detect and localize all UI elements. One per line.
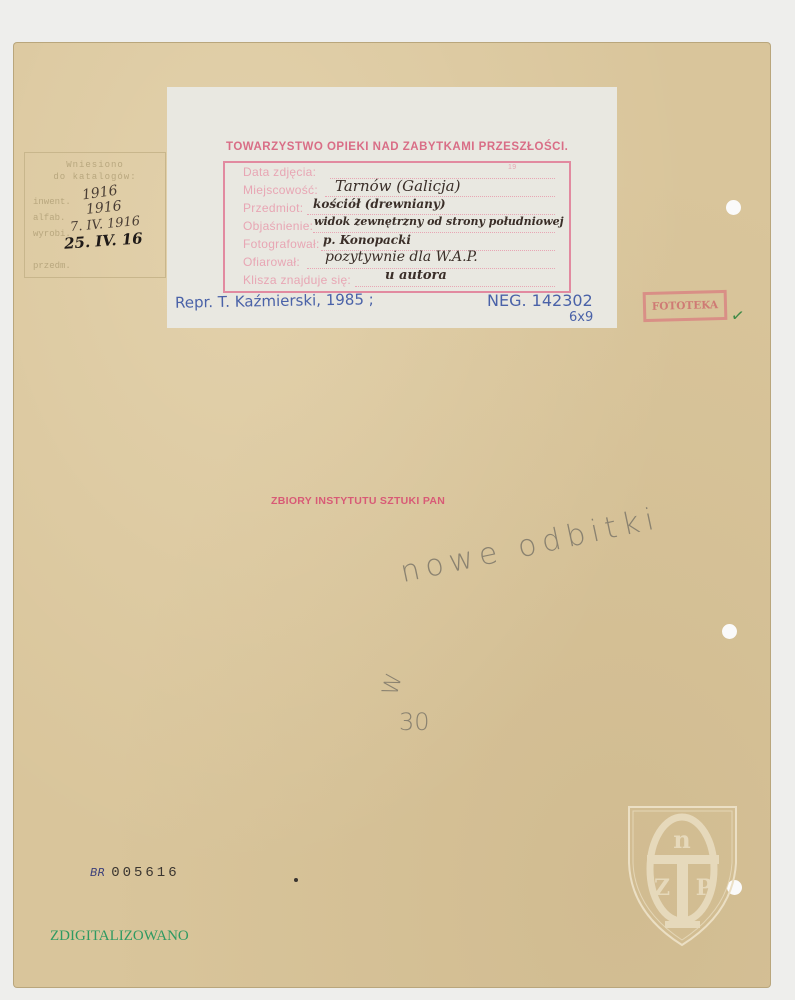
collection-stamp: ZBIORY INSTYTUTU SZTUKI PAN (271, 495, 445, 507)
photo-label-card: TOWARZYSTWO OPIEKI NAD ZABYTKAMI PRZESZŁ… (167, 87, 617, 328)
reproduction-note: Repr. T. Kaźmierski, 1985 ; (175, 290, 374, 311)
svg-text:n: n (673, 825, 690, 854)
field-label-subject: Przedmiot: (243, 201, 303, 215)
field-date-suffix: 19 (508, 164, 516, 171)
field-value-subject: kościół (drewniany) (313, 197, 446, 211)
field-value-donor: pozytywnie dla W.A.P. (325, 249, 478, 265)
field-value-location: Tarnów (Galicja) (335, 177, 460, 195)
field-label-photographer: Fotografował: (243, 237, 320, 251)
society-title-stamp: TOWARZYSTWO OPIEKI NAD ZABYTKAMI PRZESZŁ… (226, 141, 568, 153)
fototeka-stamp: FOTOTEKA (643, 290, 728, 322)
catalog-stamp-subheader: do katalogów: (25, 171, 165, 183)
society-emblem-icon: n Z P (625, 803, 740, 948)
field-label-date: Data zdjęcia: (243, 165, 316, 179)
inventory-digits: 005616 (111, 865, 179, 881)
catalog-row-alfab: alfab. (33, 213, 65, 223)
checkmark-icon: ✓ (730, 305, 746, 327)
field-label-negative-location: Klisza znajduje się: (243, 273, 351, 287)
inventory-prefix: BR (90, 866, 105, 879)
svg-text:Z: Z (654, 875, 670, 901)
catalog-row-przedm: przedm. (33, 261, 71, 271)
field-value-negative-location: u autora (385, 268, 447, 283)
negative-format: 6x9 (569, 310, 593, 325)
field-value-description: widok zewnętrzny od strony południowej (314, 215, 564, 228)
ink-dot (294, 878, 298, 882)
negative-number: NEG. 142302 (487, 291, 593, 310)
digitized-stamp: ZDIGITALIZOWANO (50, 928, 189, 945)
field-label-location: Miejscowość: (243, 183, 318, 197)
svg-text:P: P (696, 875, 713, 901)
field-value-photographer: p. Konopacki (323, 233, 411, 247)
field-label-description: Objaśnienie: (243, 219, 313, 233)
field-label-donor: Ofiarował: (243, 255, 300, 269)
field-line-negative-location (355, 286, 555, 287)
photo-data-form: Data zdjęcia: 19 Miejscowość: Tarnów (Ga… (223, 161, 571, 293)
inventory-number: BR005616 (90, 865, 180, 881)
catalog-row-inwent: inwent. (33, 197, 71, 207)
punch-hole-middle (722, 624, 737, 639)
pencil-mark-30: 30 (399, 708, 430, 736)
catalog-stamp-header: Wniesiono (25, 159, 165, 171)
punch-hole-top (726, 200, 741, 215)
